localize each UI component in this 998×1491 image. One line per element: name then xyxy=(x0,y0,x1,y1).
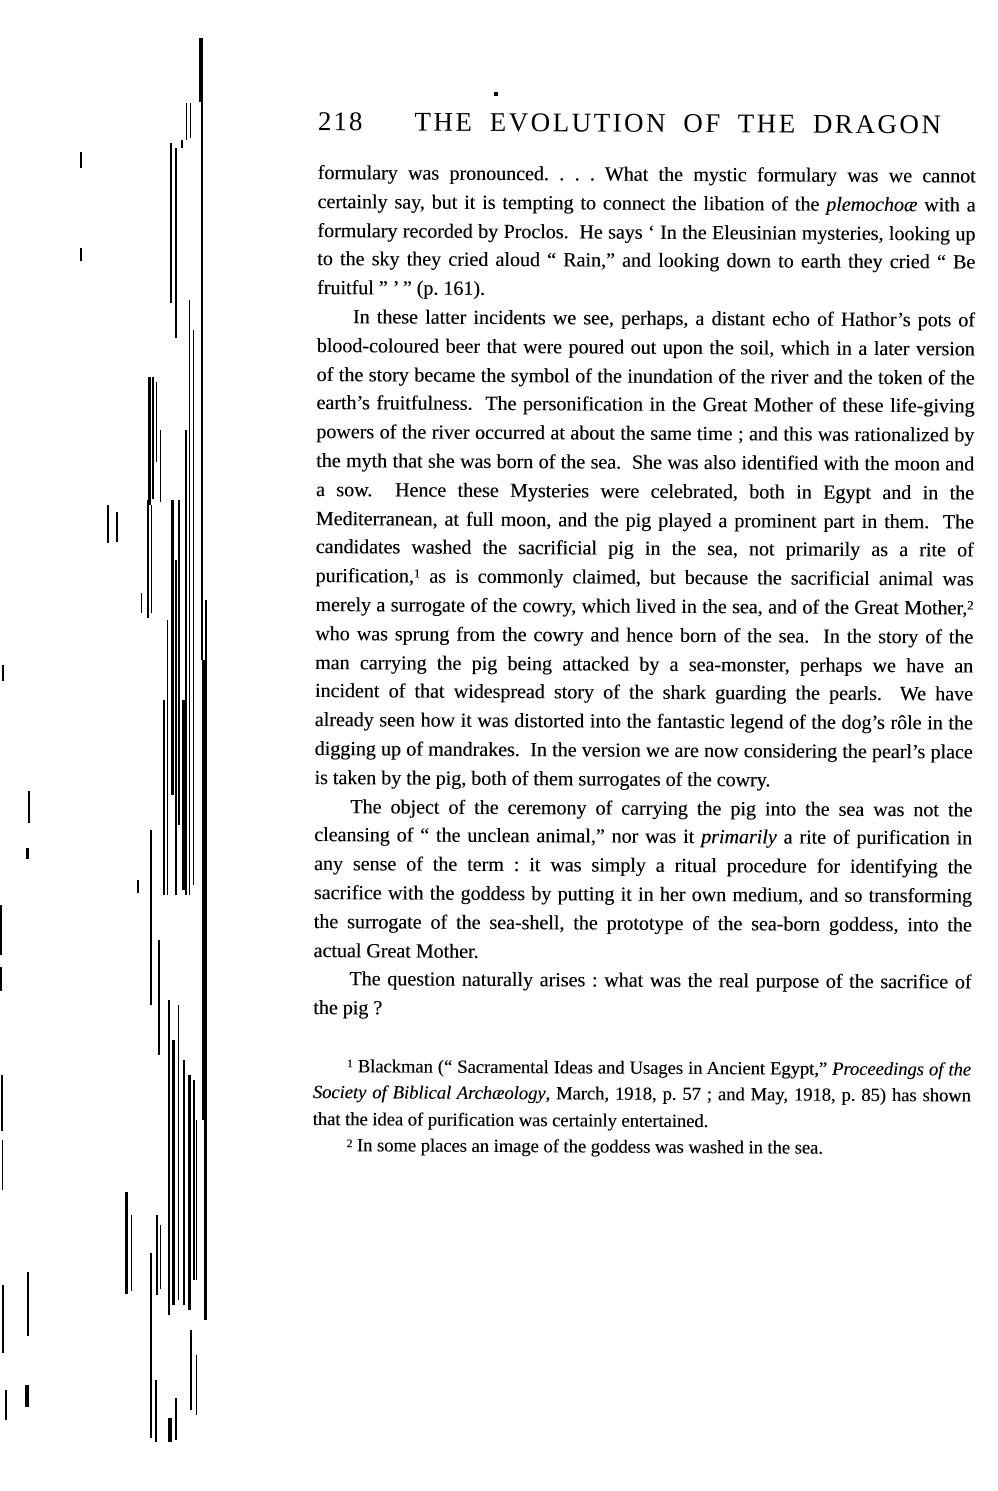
scan-artifact-line xyxy=(167,620,168,895)
scan-artifact-line xyxy=(160,430,161,502)
text-run: In these latter incidents we see, perhap… xyxy=(315,306,974,587)
running-title: THE EVOLUTION OF THE DRAGON xyxy=(414,105,943,142)
scan-artifact-line xyxy=(494,92,498,96)
scan-artifact-line xyxy=(2,1285,4,1353)
scan-artifact-line xyxy=(2,665,4,681)
paragraph: In these latter incidents we see, perhap… xyxy=(314,303,975,796)
scan-artifact-line xyxy=(175,148,177,338)
scan-artifact-line xyxy=(204,1120,207,1320)
scan-artifact-line xyxy=(116,512,118,542)
scan-artifact-line xyxy=(150,830,152,1005)
scan-artifact-line xyxy=(178,500,180,825)
scanned-book-page: 218 THE EVOLUTION OF THE DRAGON formular… xyxy=(0,0,998,1491)
scan-artifact-line xyxy=(185,430,187,895)
scan-artifact-line xyxy=(168,1418,172,1442)
scan-artifact-line xyxy=(156,1215,158,1295)
scan-artifact-line xyxy=(155,1380,157,1442)
scan-artifact-line xyxy=(171,500,174,795)
text-run: The question naturally arises : what was… xyxy=(313,968,971,1019)
footnote-marker: 1 xyxy=(347,1058,353,1070)
scan-artifact-line xyxy=(186,103,187,140)
paragraph: The object of the ceremony of carrying t… xyxy=(313,793,972,969)
scan-artifact-line xyxy=(80,152,82,168)
scan-artifact-line xyxy=(107,505,109,543)
scan-artifact-line xyxy=(188,1075,191,1310)
scan-artifact-line xyxy=(168,1000,170,1315)
scan-artifact-line xyxy=(170,143,172,303)
scan-artifact-line xyxy=(137,880,139,893)
scan-artifact-line xyxy=(193,330,194,885)
scan-artifact-line xyxy=(5,1390,7,1420)
scan-artifact-line xyxy=(125,1192,128,1294)
scan-artifact-line xyxy=(190,1330,192,1410)
page-content: 218 THE EVOLUTION OF THE DRAGON formular… xyxy=(312,104,976,1163)
footnote-marker: 1 xyxy=(414,566,420,580)
scan-artifact-line xyxy=(150,1253,152,1438)
paragraph: The question naturally arises : what was… xyxy=(313,965,971,1026)
scan-artifact-line xyxy=(205,600,207,1140)
page-number: 218 xyxy=(318,104,365,138)
scan-artifact-line xyxy=(189,300,190,895)
scan-artifact-line xyxy=(0,967,2,991)
running-head: 218 THE EVOLUTION OF THE DRAGON xyxy=(318,104,976,141)
scan-artifact-line xyxy=(158,940,160,1055)
scan-artifact-line xyxy=(175,560,177,895)
footnote-marker: 2 xyxy=(347,1138,353,1150)
scan-artifact-line xyxy=(141,593,142,613)
scan-artifact-line xyxy=(27,1272,29,1336)
footnotes: 1 Blackman (“ Sacramental Ideas and Usag… xyxy=(312,1054,971,1163)
italic-text: plemochoæ xyxy=(826,193,917,215)
text-run: who was sprung from the cowry and hence … xyxy=(314,623,973,791)
footnote: 1 Blackman (“ Sacramental Ideas and Usag… xyxy=(313,1054,971,1137)
footnote: 2 In some places an image of the goddess… xyxy=(312,1133,970,1163)
scan-artifact-line xyxy=(196,1355,197,1415)
scan-artifact-line xyxy=(0,905,2,955)
scan-artifact-line xyxy=(152,377,154,499)
scan-artifact-line xyxy=(172,1040,175,1305)
scan-artifact-line xyxy=(28,791,30,823)
scan-artifact-line xyxy=(196,1120,197,1280)
scan-artifact-line xyxy=(183,1060,185,1305)
italic-text: primarily xyxy=(701,826,777,848)
scan-artifact-line xyxy=(178,1005,179,1300)
scan-artifact-line xyxy=(80,248,82,261)
text-run: Blackman (“ Sacramental Ideas and Usages… xyxy=(353,1057,832,1080)
scan-artifact-line xyxy=(160,1225,161,1289)
scan-artifact-line xyxy=(201,100,203,660)
scan-artifact-line xyxy=(199,38,203,102)
scan-artifact-line xyxy=(156,382,157,462)
scan-artifact-line xyxy=(147,500,149,618)
scan-artifact-line xyxy=(182,700,185,890)
scan-artifact-line xyxy=(131,1215,132,1291)
scan-artifact-line xyxy=(175,1398,177,1440)
scan-artifact-line xyxy=(1,1075,3,1131)
scan-artifact-line xyxy=(2,1140,3,1190)
scan-artifact-line xyxy=(151,505,152,613)
text-run: In some places an image of the goddess w… xyxy=(352,1137,823,1159)
scan-artifact-line xyxy=(193,1080,195,1280)
footnote-marker: 2 xyxy=(967,598,973,612)
scan-artifact-line xyxy=(148,377,151,505)
scan-artifact-line xyxy=(163,700,165,895)
scan-artifact-line xyxy=(25,1385,29,1407)
scan-artifact-line xyxy=(190,103,191,138)
body-text: formulary was pronounced. . . . What the… xyxy=(313,159,976,1026)
paragraph: formulary was pronounced. . . . What the… xyxy=(317,159,976,306)
scan-artifact-line xyxy=(181,140,183,148)
scan-artifact-line xyxy=(26,848,29,859)
